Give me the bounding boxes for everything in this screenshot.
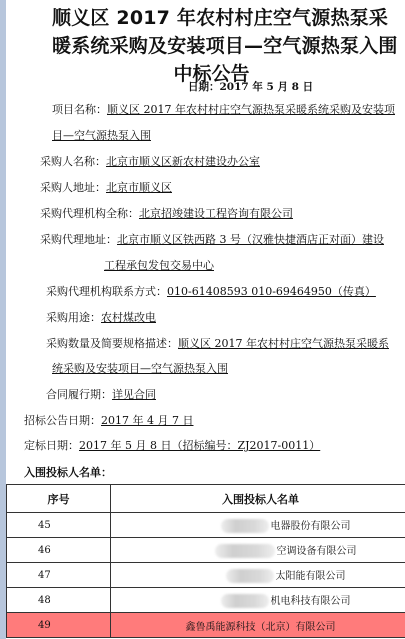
field-value: 2017 年 4 月 7 日 xyxy=(101,414,193,427)
document-date: 日期：2017 年 5 月 8 日 xyxy=(188,79,313,94)
field-purchaser-address: 采购人地址：北京市顺义区 xyxy=(40,181,172,195)
field-label: 招标公告日期： xyxy=(24,414,101,427)
field-label: 采购人地址： xyxy=(40,181,106,194)
field-agency-contact: 采购代理机构联系方式：010-61408593 010-69464950（传真） xyxy=(46,285,376,299)
field-value: 统采购及安装项目—空气源热泵入围 xyxy=(52,362,228,375)
header-bidder-name: 入围投标人名单 xyxy=(111,485,405,513)
row-number: 48 xyxy=(7,588,111,613)
row-number: 46 xyxy=(7,538,111,563)
field-label: 采购用途： xyxy=(46,311,101,324)
field-label: 采购数量及简要规格描述： xyxy=(46,337,178,350)
field-project-name-cont: 目—空气源热泵入围 xyxy=(52,129,151,143)
header-number: 序号 xyxy=(7,485,111,513)
field-value: 北京市顺义区铁西路 3 号（汉雅快捷酒店正对面）建设 xyxy=(117,233,384,246)
field-value: 北京招竣建设工程咨询有限公司 xyxy=(139,207,293,220)
field-agency-name: 采购代理机构全称：北京招竣建设工程咨询有限公司 xyxy=(40,207,293,221)
field-quantity-spec-cont: 统采购及安装项目—空气源热泵入围 xyxy=(52,362,228,376)
field-value: 详见合同 xyxy=(112,388,156,401)
bidder-name-text: 电器股份有限公司 xyxy=(271,521,351,532)
field-project-name: 项目名称：顺义区 2017 年农村村庄空气源热泵采暖系统采购及安装项 xyxy=(52,103,395,117)
redaction-blur xyxy=(215,544,275,558)
row-number: 49 xyxy=(7,613,111,638)
field-agency-address-cont: 工程承包发包交易中心 xyxy=(104,259,214,273)
field-quantity-spec: 采购数量及简要规格描述：顺义区 2017 年农村村庄空气源热泵采暖系 xyxy=(46,337,389,351)
row-bidder-name: 太阳能有限公司 xyxy=(111,563,405,588)
shortlist-table: 序号 入围投标人名单 45 电器股份有限公司 46 空调设备有限公司 47 太阳… xyxy=(6,484,405,638)
field-value: 工程承包发包交易中心 xyxy=(104,259,214,272)
table-header-row: 序号 入围投标人名单 xyxy=(7,485,405,513)
field-value: 目—空气源热泵入围 xyxy=(52,129,151,142)
field-value: 农村煤改电 xyxy=(101,311,156,324)
field-label: 采购人名称： xyxy=(40,155,106,168)
field-bid-notice-date: 招标公告日期：2017 年 4 月 7 日 xyxy=(24,414,193,428)
field-label: 合同履行期： xyxy=(46,388,112,401)
field-value: 顺义区 2017 年农村村庄空气源热泵采暖系统采购及安装项 xyxy=(107,103,395,116)
row-bidder-name: 电器股份有限公司 xyxy=(111,513,405,538)
redaction-blur xyxy=(221,519,269,533)
row-bidder-name: 空调设备有限公司 xyxy=(111,538,405,563)
field-value: 北京市顺义区 xyxy=(106,181,172,194)
field-label: 采购代理地址： xyxy=(40,233,117,246)
document-title: 顺义区 2017 年农村村庄空气源热泵采暖系统采购及安装项目—空气源热泵入围 xyxy=(52,4,402,60)
row-number: 47 xyxy=(7,563,111,588)
table-row: 48 机电科技有限公司 xyxy=(7,588,405,613)
redaction-blur xyxy=(221,594,269,608)
row-bidder-name: 鑫鲁禹能源科技（北京）有限公司 xyxy=(111,613,405,638)
table-row: 45 电器股份有限公司 xyxy=(7,513,405,538)
bidder-name-text: 机电科技有限公司 xyxy=(271,596,351,607)
field-label: 定标日期： xyxy=(24,439,79,452)
field-value: 北京市顺义区新农村建设办公室 xyxy=(106,155,260,168)
redaction-blur xyxy=(226,569,274,583)
table-row: 47 太阳能有限公司 xyxy=(7,563,405,588)
field-label: 采购代理机构全称： xyxy=(40,207,139,220)
row-number: 45 xyxy=(7,513,111,538)
row-bidder-name: 机电科技有限公司 xyxy=(111,588,405,613)
field-value: 010-61408593 010-69464950（传真） xyxy=(167,285,376,298)
field-purpose: 采购用途：农村煤改电 xyxy=(46,311,156,325)
field-value: 2017 年 5 月 8 日（招标编号：ZJ2017-0011） xyxy=(79,439,320,452)
field-label: 项目名称： xyxy=(52,103,107,116)
field-contract-period: 合同履行期：详见合同 xyxy=(46,388,156,402)
field-value: 顺义区 2017 年农村村庄空气源热泵采暖系 xyxy=(178,337,389,350)
field-agency-address: 采购代理地址：北京市顺义区铁西路 3 号（汉雅快捷酒店正对面）建设 xyxy=(40,233,384,247)
field-label: 采购代理机构联系方式： xyxy=(46,285,167,298)
shortlist-heading: 入围投标人名单： xyxy=(24,464,112,480)
table-row: 46 空调设备有限公司 xyxy=(7,538,405,563)
field-purchaser-name: 采购人名称：北京市顺义区新农村建设办公室 xyxy=(40,155,260,169)
bidder-name-text: 空调设备有限公司 xyxy=(277,546,357,557)
field-award-date: 定标日期：2017 年 5 月 8 日（招标编号：ZJ2017-0011） xyxy=(24,439,320,453)
table-row-highlighted: 49 鑫鲁禹能源科技（北京）有限公司 xyxy=(7,613,405,638)
bidder-name-text: 太阳能有限公司 xyxy=(276,571,346,582)
